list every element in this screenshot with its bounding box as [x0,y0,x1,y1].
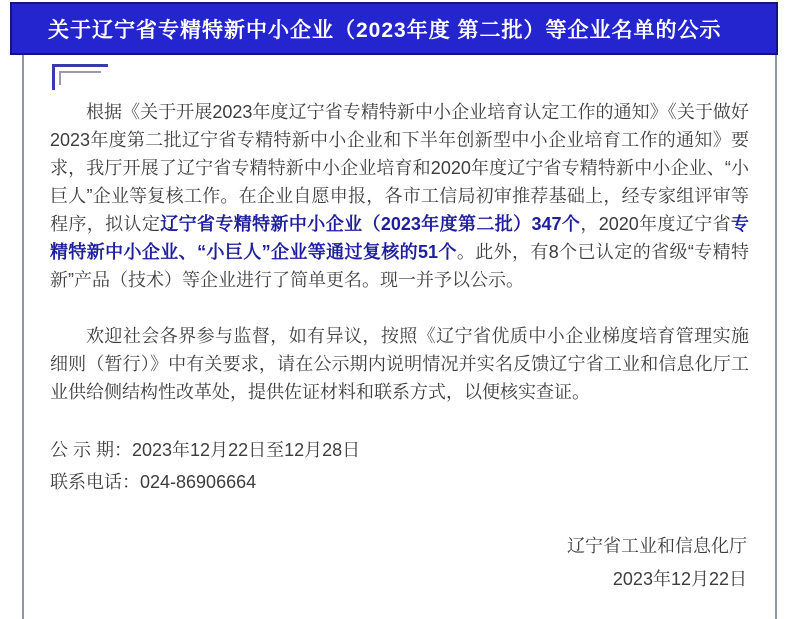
content-panel: 根据《关于开展2023年度辽宁省专精特新中小企业培育认定工作的通知》《关于做好2… [22,55,777,619]
paragraph-intro-run-2: ，2020年度辽宁省 [580,214,731,234]
paragraph-supervision: 欢迎社会各界参与监督，如有异议，按照《辽宁省优质中小企业梯度培育管理实施细则（暂… [50,322,749,406]
signature-date: 2023年12月22日 [50,563,747,596]
announcement-page: { "header": { "title": "关于辽宁省专精特新中小企业（20… [0,0,800,619]
announcement-body: 根据《关于开展2023年度辽宁省专精特新中小企业培育认定工作的通知》《关于做好2… [50,98,749,596]
announcement-header: 关于辽宁省专精特新中小企业（2023年度 第二批）等企业名单的公示 [10,2,778,55]
contact-info-block: 公 示 期：2023年12月22日至12月28日 联系电话：024-869066… [50,434,749,498]
signature-org: 辽宁省工业和信息化厅 [50,530,747,563]
paragraph-intro: 根据《关于开展2023年度辽宁省专精特新中小企业培育认定工作的通知》《关于做好2… [50,98,749,294]
corner-bracket-icon [52,64,108,90]
paragraph-intro-highlight-1: 辽宁省专精特新中小企业（2023年度第二批）347个 [160,214,580,234]
page-title: 关于辽宁省专精特新中小企业（2023年度 第二批）等企业名单的公示 [48,14,722,44]
signature-block: 辽宁省工业和信息化厅 2023年12月22日 [50,530,749,596]
corner-bracket-inner-icon [59,71,101,85]
contact-phone-line: 联系电话：024-86906664 [50,466,749,498]
notice-period-line: 公 示 期：2023年12月22日至12月28日 [50,434,749,466]
